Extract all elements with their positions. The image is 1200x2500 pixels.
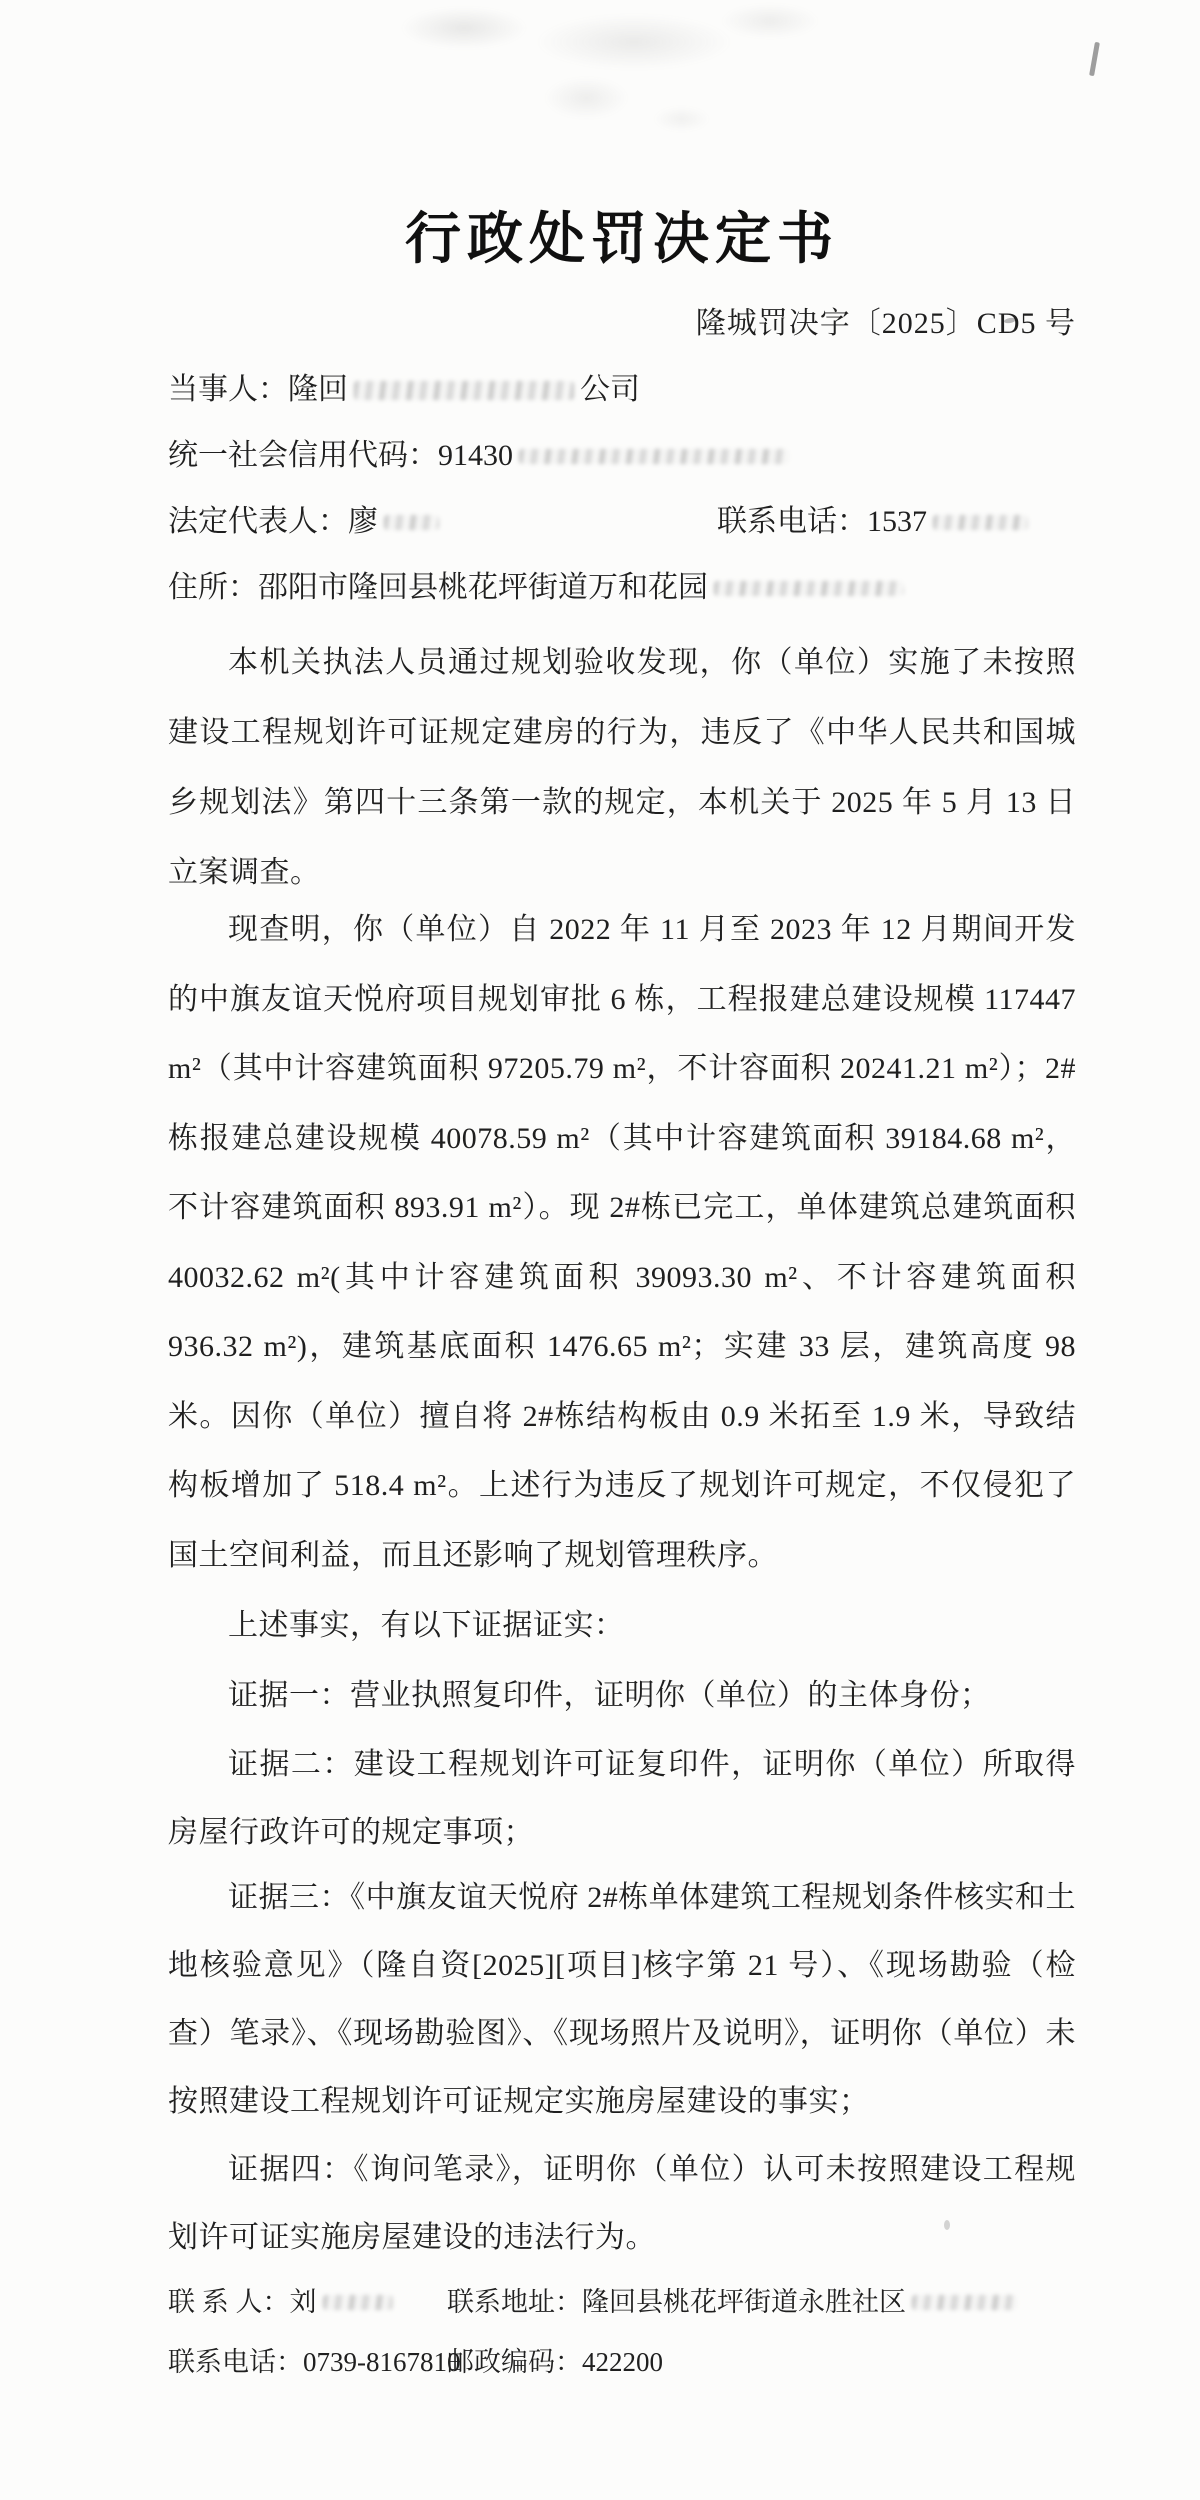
paragraph-findings: 现查明，你（单位）自 2022 年 11 月至 2023 年 12 月期间开发的…	[168, 895, 1076, 1590]
footer-phone-line: 联系电话：0739-8167810 邮政编码：422200	[168, 2336, 1118, 2388]
paragraph-evidence-3: 证据三：《中旗友谊天悦府 2#栋单体建筑工程规划条件核实和土地核验意见》（隆自资…	[168, 1864, 1076, 2136]
party-line: 当事人：隆回公司	[168, 357, 1076, 423]
scanned-document-page: 行政处罚决定书 隆城罚决字〔2025〕CD5 号 当事人：隆回公司 统一社会信用…	[0, 0, 1200, 2500]
paragraph-evidence-2: 证据二：建设工程规划许可证复印件，证明你（单位）所取得房屋行政许可的规定事项；	[168, 1731, 1076, 1867]
scan-mark	[1089, 42, 1100, 76]
redacted-legal-rep-name	[384, 515, 439, 530]
contact-person-label-value: 联 系 人：刘	[168, 2287, 317, 2317]
paragraph-evidence-intro: 上述事实，有以下证据证实：	[168, 1592, 1076, 1660]
credit-code-label-value: 统一社会信用代码：91430	[168, 439, 513, 472]
redacted-contact-person	[323, 2295, 393, 2310]
redacted-credit-code	[519, 449, 789, 464]
paragraph-case-filing: 本机关执法人员通过规划验收发现，你（单位）实施了未按照建设工程规划许可证规定建房…	[168, 628, 1076, 908]
address-line: 住所：邵阳市隆回县桃花坪街道万和花园	[168, 555, 1076, 621]
redacted-address-detail	[714, 581, 904, 596]
phone-field: 联系电话：1537	[717, 489, 1034, 555]
document-number: 隆城罚决字〔2025〕CD5 号	[168, 298, 1076, 342]
redacted-party-name	[354, 381, 574, 400]
footer-contact-line: 联 系 人：刘 联系地址：隆回县桃花坪街道永胜社区	[168, 2276, 1118, 2328]
phone-label-value: 联系电话：1537	[717, 505, 927, 538]
contact-phone-value: 联系电话：0739-8167810	[168, 2347, 461, 2377]
credit-code-line: 统一社会信用代码：91430	[168, 423, 1076, 489]
document-title: 行政处罚决定书	[168, 208, 1076, 272]
party-label-value: 当事人：隆回	[168, 373, 348, 406]
redacted-contact-address	[912, 2295, 1017, 2310]
scan-smudge	[260, 0, 940, 140]
legal-rep-label-value: 法定代表人：廖	[168, 505, 378, 538]
contact-person-field: 联 系 人：刘	[168, 2287, 399, 2317]
postal-code-value: 邮政编码：422200	[447, 2336, 663, 2388]
paragraph-evidence-1: 证据一：营业执照复印件，证明你（单位）的主体身份；	[168, 1662, 1076, 1730]
contact-address-field: 联系地址：隆回县桃花坪街道永胜社区	[447, 2276, 1023, 2328]
redacted-phone-digits	[933, 515, 1028, 530]
paragraph-evidence-4: 证据四：《询问笔录》，证明你（单位）认可未按照建设工程规划许可证实施房屋建设的违…	[168, 2136, 1076, 2272]
address-label-value: 住所：邵阳市隆回县桃花坪街道万和花园	[168, 571, 708, 604]
party-info-section: 当事人：隆回公司 统一社会信用代码：91430 法定代表人：廖 联系电话：153…	[168, 357, 1076, 621]
legal-rep-line: 法定代表人：廖 联系电话：1537	[168, 489, 1076, 555]
party-suffix: 公司	[580, 373, 640, 406]
contact-address-label-value: 联系地址：隆回县桃花坪街道永胜社区	[447, 2287, 906, 2317]
